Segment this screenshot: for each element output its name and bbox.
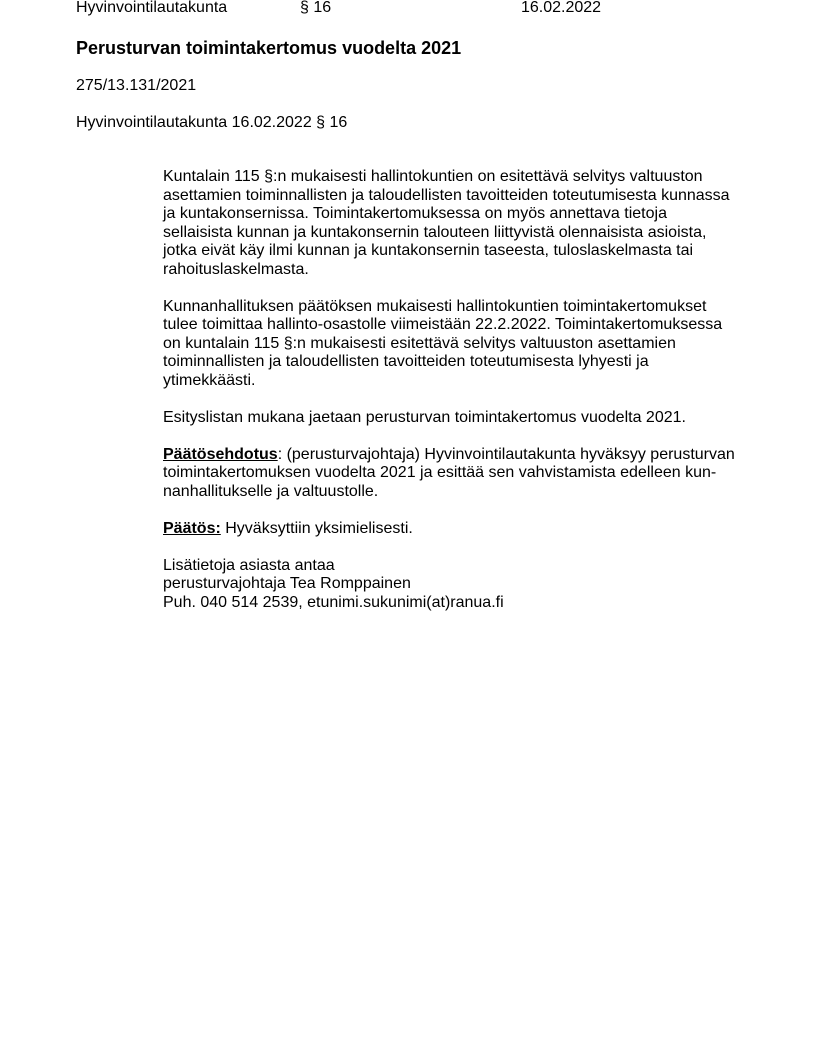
proposal-label: Päätösehdotus bbox=[163, 446, 278, 463]
decision-paragraph: Päätös: Hyväksyttiin yksimielisesti. bbox=[163, 520, 743, 539]
header-date: 16.02.2022 bbox=[521, 0, 601, 18]
decision-text: Hyväksyttiin yksimielisesti. bbox=[221, 520, 413, 537]
document-body: Kuntalain 115 §:n mukaisesti hallintokun… bbox=[163, 168, 743, 612]
contact-person: perusturvajohtaja Tea Romppainen bbox=[163, 575, 743, 594]
body-paragraph: Kunnanhallituksen päätöksen mukaisesti h… bbox=[163, 298, 743, 391]
proposal-paragraph: Päätösehdotus: (perusturvajohtaja) Hyvin… bbox=[163, 446, 743, 502]
header-section-number: § 16 bbox=[300, 0, 331, 18]
contact-info: Lisätietoja asiasta antaa perusturvajoht… bbox=[163, 557, 743, 613]
header-board-name: Hyvinvointilautakunta bbox=[76, 0, 227, 18]
body-paragraph: Kuntalain 115 §:n mukaisesti hallintokun… bbox=[163, 168, 743, 279]
document-title: Perusturvan toimintakertomus vuodelta 20… bbox=[76, 37, 461, 59]
reference-number: 275/13.131/2021 bbox=[76, 76, 196, 96]
document-header: Hyvinvointilautakunta § 16 16.02.2022 bbox=[76, 0, 776, 18]
body-paragraph: Esityslistan mukana jaetaan perusturvan … bbox=[163, 409, 743, 428]
meeting-line: Hyvinvointilautakunta 16.02.2022 § 16 bbox=[76, 113, 347, 133]
decision-label: Päätös: bbox=[163, 520, 221, 537]
contact-details: Puh. 040 514 2539, etunimi.sukunimi(at)r… bbox=[163, 594, 743, 613]
contact-intro: Lisätietoja asiasta antaa bbox=[163, 557, 743, 576]
